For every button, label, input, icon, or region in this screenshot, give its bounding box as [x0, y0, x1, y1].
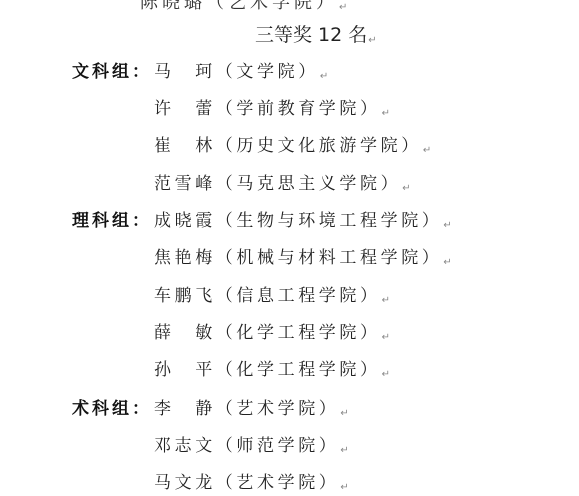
group-label-science: 理科组：: [72, 206, 152, 231]
entry-text: 邓志文（师范学院）: [154, 436, 339, 456]
paragraph-mark-icon: ↵: [340, 408, 352, 419]
document-page: 陈晓璐（艺术学院）↵ 三等奖 12 名↵ 文科组： 马 珂（文学院）↵ 许 蕾（…: [0, 0, 579, 496]
entry-text: 车鹏飞（信息工程学院）: [154, 286, 381, 306]
paragraph-mark-icon: ↵: [320, 71, 332, 82]
paragraph-mark-icon: ↵: [339, 2, 351, 13]
paragraph-mark-icon: ↵: [340, 445, 352, 456]
entry-text: 陈晓璐（艺术学院）: [140, 0, 338, 13]
entry-text: 马 珂（文学院）: [154, 62, 319, 82]
paragraph-mark-icon: ↵: [382, 108, 394, 119]
entry-text: 崔 林（历史文化旅游学院）: [154, 136, 422, 156]
entry-text: 焦艳梅（机械与材料工程学院）: [154, 248, 442, 268]
entry-text: 马文龙（艺术学院）: [154, 473, 339, 493]
paragraph-mark-icon: ↵: [402, 183, 414, 194]
entry-text: 许 蕾（学前教育学院）: [154, 99, 381, 119]
paragraph-mark-icon: ↵: [423, 145, 435, 156]
award-heading: 三等奖 12 名↵: [255, 20, 377, 47]
entry-text: 成晓霞（生物与环境工程学院）: [154, 211, 442, 231]
paragraph-mark-icon: ↵: [382, 369, 394, 380]
paragraph-mark-icon: ↵: [340, 482, 352, 493]
paragraph-mark-icon: ↵: [443, 257, 455, 268]
entry-text: 李 静（艺术学院）: [154, 399, 339, 419]
paragraph-mark-icon: ↵: [382, 332, 394, 343]
paragraph-mark-icon: ↵: [368, 35, 376, 46]
heading-text: 三等奖 12 名: [255, 24, 367, 46]
entry-text: 薛 敏（化学工程学院）: [154, 323, 381, 343]
paragraph-mark-icon: ↵: [443, 220, 455, 231]
paragraph-mark-icon: ↵: [382, 295, 394, 306]
group-label-liberal-arts: 文科组：: [72, 57, 152, 82]
entry-text: 范雪峰（马克思主义学院）: [154, 174, 401, 194]
group-label-arts-skills: 术科组：: [72, 394, 152, 419]
entry-text: 孙 平（化学工程学院）: [154, 360, 381, 380]
cut-off-entry: 陈晓璐（艺术学院）↵: [140, 0, 351, 14]
